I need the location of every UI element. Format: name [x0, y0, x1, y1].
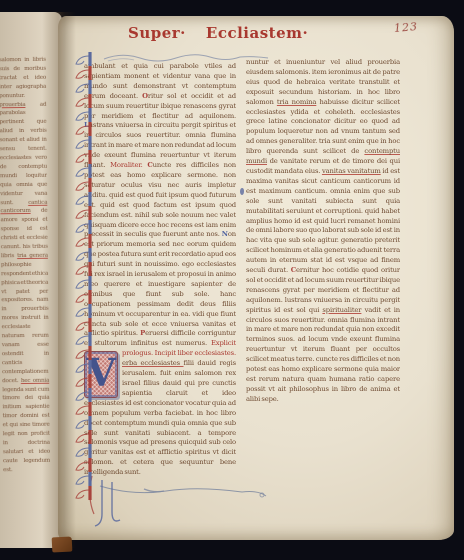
text-segment: legenda sunt cum timore dei quia initium…	[2, 386, 50, 473]
running-title: Super· Eccliastem·	[128, 24, 308, 42]
text-segment: spiritualiter	[322, 306, 361, 314]
folio-number: 123	[393, 20, 418, 35]
penwork-flourish-bottom	[86, 474, 276, 538]
text-segment: id est maxima vanitas sicut canticum can…	[246, 167, 400, 274]
text-segment: philosophie respondent ethica phisica et…	[1, 262, 49, 384]
facing-page-text: salomon in libris suis de moribus tracta…	[0, 56, 50, 480]
manuscript-photo: salomon in libris suis de moribus tracta…	[0, 0, 464, 560]
ink-blot	[240, 188, 244, 195]
binding-fragment	[52, 536, 73, 552]
manuscript-page: Super· Eccliastem· 123 ambulant et quia …	[58, 16, 454, 540]
text-segment: tria nomina	[277, 98, 316, 106]
text-column-right: nuntur et inueniuntur vel aliud prouerbi…	[246, 58, 400, 480]
text-segment: vanitas vanitatum	[322, 167, 381, 175]
penwork-border	[68, 52, 96, 504]
text-column-left: ambulant et quia cui parabole vtiles ad …	[84, 62, 236, 480]
facing-page-edge: salomon in libris suis de moribus tracta…	[0, 12, 62, 548]
text-segment: hec omnia	[21, 377, 49, 383]
text-segment: tria genera	[17, 253, 48, 259]
text-segment: Moraliter.	[110, 161, 147, 169]
text-segment: vadit et in circulos suos reuertitur. om…	[246, 306, 400, 403]
running-title-word1: Super·	[128, 24, 186, 42]
text-segment: ad parabolas pertinent que aliud in verb…	[0, 101, 47, 205]
text-segment: erba ecclesiastes	[122, 359, 184, 367]
text-segment: salomon in libris suis de moribus tracta…	[0, 57, 46, 99]
text-segment: on est priorum memoria sed nec eorum qui…	[84, 230, 236, 337]
text-segment: prouerbia	[0, 102, 25, 108]
text-segment: de amore sponsi et sponse id est christi…	[0, 208, 47, 259]
text-segment: uncte res difficiles non potest eas homo…	[84, 161, 236, 238]
running-title-word2: Eccliastem·	[206, 24, 308, 42]
